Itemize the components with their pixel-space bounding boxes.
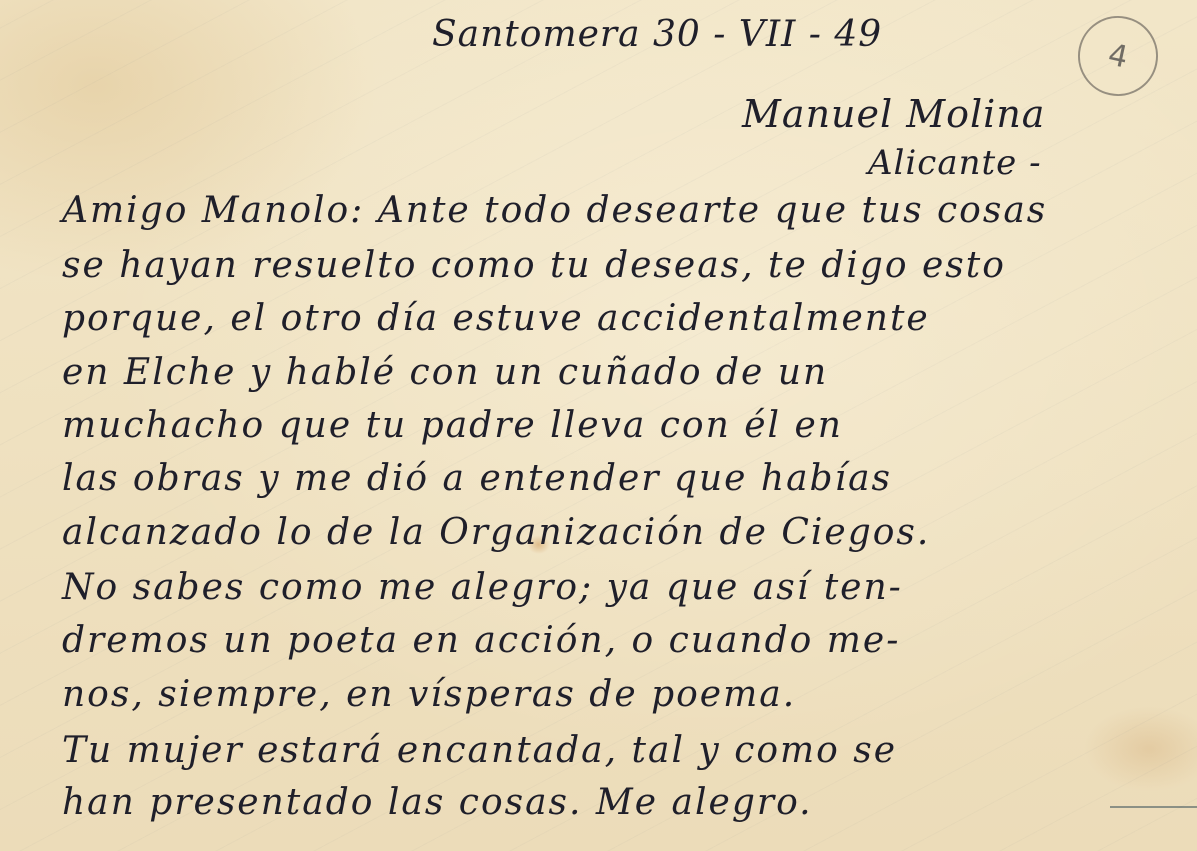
body-line: han presentado las cosas. Me alegro. xyxy=(62,782,813,823)
body-line: nos, siempre, en vísperas de poema. xyxy=(62,674,796,715)
recipient-city: Alicante - xyxy=(868,143,1042,183)
body-line: Tu mujer estará encantada, tal y como se xyxy=(62,730,897,771)
recipient-name: Manuel Molina xyxy=(742,92,1045,136)
page-number: 4 xyxy=(1105,37,1131,75)
body-line: No sabes como me alegro; ya que así ten- xyxy=(62,567,903,608)
body-line: dremos un poeta en acción, o cuando me- xyxy=(62,620,900,661)
body-line: se hayan resuelto como tu deseas, te dig… xyxy=(62,245,1006,286)
body-line: muchacho que tu padre lleva con él en xyxy=(62,405,843,446)
body-line: alcanzado lo de la Organización de Ciego… xyxy=(62,512,930,553)
closing-dash xyxy=(1110,806,1197,808)
body-line: porque, el otro día estuve accidentalmen… xyxy=(62,298,930,339)
body-line: en Elche y hablé con un cuñado de un xyxy=(62,352,828,393)
body-line: las obras y me dió a entender que habías xyxy=(62,458,892,499)
body-line: Amigo Manolo: Ante todo desearte que tus… xyxy=(62,190,1047,231)
place-date: Santomera 30 - VII - 49 xyxy=(432,14,882,55)
letter-page: Santomera 30 - VII - 49 4 Manuel Molina … xyxy=(0,0,1197,851)
page-number-circle: 4 xyxy=(1071,9,1166,104)
